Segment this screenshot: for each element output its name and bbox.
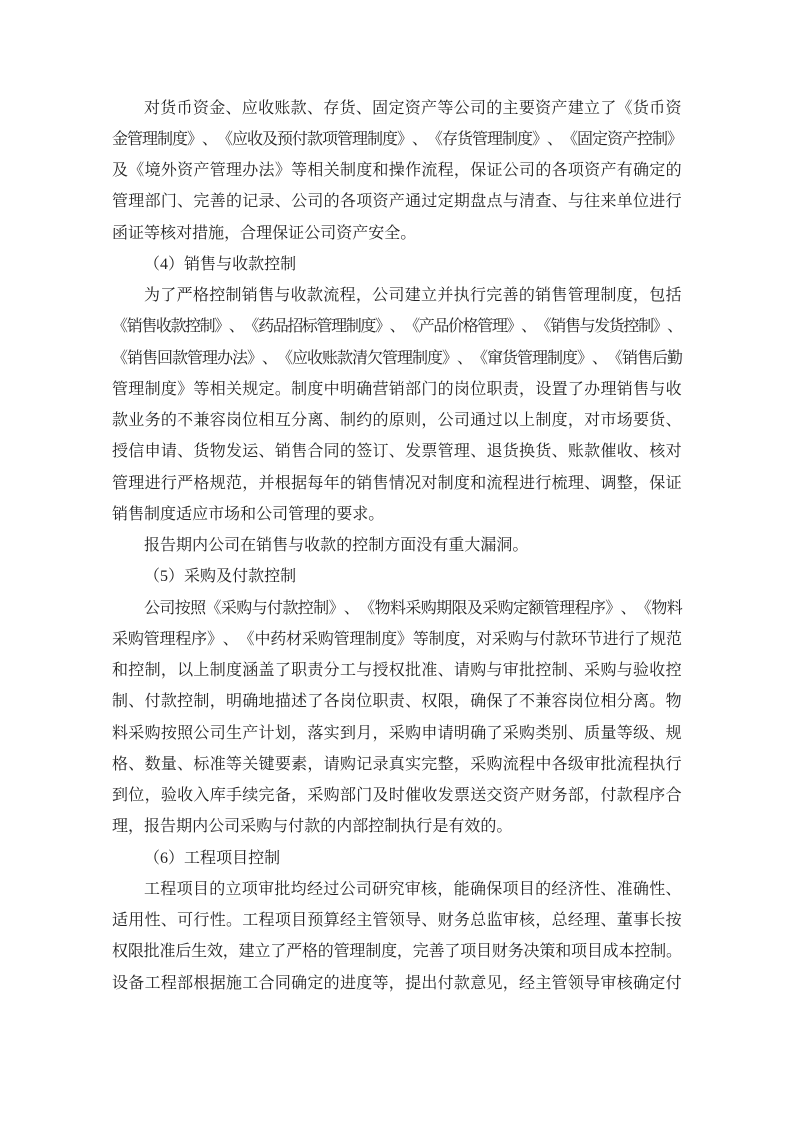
glyph: 相 bbox=[210, 382, 226, 398]
glyph: 项 bbox=[356, 194, 372, 210]
glyph: 、 bbox=[275, 194, 291, 210]
text-line: 适用性、可行性。工程项目预算经主管领导、财务总监审核，总经理、董事长按 bbox=[112, 906, 682, 937]
glyph: 、 bbox=[547, 132, 562, 148]
glyph: 《 bbox=[536, 319, 551, 335]
glyph: 司 bbox=[224, 819, 240, 835]
glyph: 售 bbox=[200, 257, 216, 273]
glyph: 相 bbox=[600, 694, 616, 710]
glyph: 购 bbox=[519, 726, 535, 742]
glyph: 与 bbox=[617, 663, 633, 679]
glyph: 行 bbox=[470, 288, 486, 304]
glyph: 格 bbox=[193, 476, 209, 492]
glyph: 公 bbox=[340, 882, 356, 898]
glyph: 资 bbox=[193, 101, 209, 117]
glyph: 按 bbox=[161, 726, 177, 742]
glyph: 《 bbox=[112, 351, 127, 367]
glyph: 》 bbox=[187, 132, 202, 148]
glyph: 为 bbox=[144, 288, 160, 304]
glyph: 位 bbox=[584, 694, 600, 710]
glyph: 部 bbox=[405, 382, 421, 398]
glyph: 括 bbox=[666, 288, 682, 304]
glyph: 量 bbox=[161, 757, 177, 773]
glyph: 备 bbox=[275, 788, 291, 804]
glyph: 》 bbox=[375, 319, 390, 335]
glyph: 了 bbox=[634, 632, 650, 648]
glyph: 度 bbox=[552, 413, 568, 429]
glyph: 和 bbox=[555, 944, 571, 960]
glyph: 产 bbox=[242, 726, 258, 742]
glyph: 完 bbox=[486, 288, 502, 304]
glyph: 理 bbox=[397, 351, 412, 367]
glyph: 经 bbox=[307, 882, 323, 898]
glyph: 管 bbox=[568, 288, 584, 304]
glyph: 度 bbox=[356, 976, 372, 992]
glyph: 公 bbox=[372, 288, 388, 304]
glyph: 手 bbox=[226, 788, 242, 804]
glyph: 程 bbox=[175, 632, 191, 648]
document-text-block: 对货币资金、应收账款、存货、固定资产等公司的主要资产建立了《货币资金管理制度》、… bbox=[112, 93, 682, 999]
glyph: 控 bbox=[637, 132, 652, 148]
glyph: 》 bbox=[442, 351, 457, 367]
glyph: 确 bbox=[291, 976, 307, 992]
glyph: 《 bbox=[277, 351, 292, 367]
glyph: 。 bbox=[400, 226, 416, 242]
glyph: ， bbox=[454, 163, 470, 179]
glyph: 销 bbox=[127, 351, 142, 367]
glyph: 管 bbox=[438, 444, 454, 460]
glyph: 漏 bbox=[480, 538, 496, 554]
glyph: 规 bbox=[650, 632, 666, 648]
glyph: 授 bbox=[112, 444, 128, 460]
glyph: 了 bbox=[275, 663, 291, 679]
glyph: 信 bbox=[128, 444, 144, 460]
glyph: 导 bbox=[584, 976, 600, 992]
glyph: 发 bbox=[594, 319, 609, 335]
glyph: 立 bbox=[254, 944, 270, 960]
glyph: 总 bbox=[552, 913, 568, 929]
glyph: 货 bbox=[503, 444, 519, 460]
glyph: 制 bbox=[600, 288, 616, 304]
glyph: 、 bbox=[262, 351, 277, 367]
glyph: 保 bbox=[486, 694, 502, 710]
glyph: 付 bbox=[232, 569, 248, 585]
glyph: 产 bbox=[352, 226, 368, 242]
glyph: 款 bbox=[555, 632, 571, 648]
glyph: 与 bbox=[272, 819, 288, 835]
glyph: 制 bbox=[313, 601, 328, 617]
glyph: 记 bbox=[356, 757, 372, 773]
glyph: 营 bbox=[373, 382, 389, 398]
glyph: 对 bbox=[666, 444, 682, 460]
glyph: 施 bbox=[226, 976, 242, 992]
glyph: 续 bbox=[242, 788, 258, 804]
glyph: 法 bbox=[232, 351, 247, 367]
glyph: 证 bbox=[128, 226, 144, 242]
glyph: 及 bbox=[467, 601, 482, 617]
glyph: 质 bbox=[584, 726, 600, 742]
glyph: 操 bbox=[389, 163, 405, 179]
glyph: 行 bbox=[193, 913, 209, 929]
glyph: 《 bbox=[472, 351, 487, 367]
glyph: 境 bbox=[145, 163, 161, 179]
glyph: 总 bbox=[470, 913, 486, 929]
glyph: 责 bbox=[389, 694, 405, 710]
glyph: 采 bbox=[482, 601, 497, 617]
glyph: ， bbox=[224, 226, 240, 242]
glyph: 款 bbox=[617, 788, 633, 804]
glyph: 设 bbox=[535, 382, 551, 398]
glyph: 《 bbox=[359, 601, 374, 617]
glyph: 采 bbox=[492, 632, 508, 648]
glyph: 计 bbox=[259, 726, 275, 742]
glyph: 。 bbox=[496, 819, 512, 835]
glyph: 度 bbox=[381, 944, 397, 960]
glyph: 了 bbox=[503, 694, 519, 710]
glyph: 主 bbox=[356, 913, 372, 929]
glyph: 的 bbox=[340, 444, 356, 460]
glyph: 成 bbox=[603, 944, 619, 960]
glyph: 重 bbox=[448, 538, 464, 554]
glyph: 款 bbox=[320, 538, 336, 554]
glyph: 能 bbox=[454, 882, 470, 898]
glyph: 部 bbox=[145, 194, 161, 210]
glyph: 确 bbox=[242, 694, 258, 710]
glyph: 、 bbox=[649, 726, 665, 742]
glyph: 款 bbox=[307, 132, 322, 148]
glyph: 、 bbox=[229, 319, 244, 335]
glyph: 款 bbox=[307, 288, 323, 304]
glyph: 调 bbox=[600, 476, 616, 492]
glyph: 收 bbox=[617, 444, 633, 460]
glyph: 、 bbox=[161, 913, 177, 929]
glyph: ， bbox=[535, 913, 551, 929]
glyph: 、 bbox=[356, 101, 372, 117]
glyph: 进 bbox=[603, 632, 619, 648]
glyph: 济 bbox=[568, 882, 584, 898]
glyph: 清 bbox=[352, 351, 367, 367]
glyph: 付 bbox=[666, 976, 682, 992]
glyph: 合 bbox=[307, 444, 323, 460]
glyph: ， bbox=[421, 413, 437, 429]
glyph: 程 bbox=[633, 757, 649, 773]
paragraph: 报告期内公司在销售与收款的控制方面没有重大漏洞。 bbox=[112, 531, 682, 562]
glyph: 年 bbox=[324, 476, 340, 492]
glyph: 购 bbox=[600, 663, 616, 679]
glyph: 销 bbox=[275, 444, 291, 460]
glyph: 》 bbox=[275, 163, 291, 179]
glyph: 、 bbox=[600, 913, 616, 929]
glyph: 账 bbox=[322, 351, 337, 367]
glyph: 确 bbox=[633, 163, 649, 179]
glyph: ， bbox=[633, 476, 649, 492]
glyph: ， bbox=[161, 663, 177, 679]
glyph: 定 bbox=[513, 601, 528, 617]
glyph: 规 bbox=[210, 476, 226, 492]
glyph: 后 bbox=[175, 944, 191, 960]
glyph: 定 bbox=[649, 163, 665, 179]
glyph: 施 bbox=[208, 226, 224, 242]
glyph: 要 bbox=[275, 757, 291, 773]
text-line: 金管理制度》、《应收及预付款项管理制度》、《存货管理制度》、《固定资产控制》 bbox=[112, 124, 682, 155]
glyph: 同 bbox=[324, 444, 340, 460]
glyph: 立 bbox=[421, 288, 437, 304]
glyph: 岗 bbox=[454, 382, 470, 398]
glyph: 公 bbox=[256, 507, 272, 523]
glyph: 关 bbox=[324, 163, 340, 179]
glyph: 等 bbox=[193, 382, 209, 398]
glyph: 控 bbox=[264, 569, 280, 585]
glyph: 。 bbox=[666, 944, 682, 960]
glyph: 领 bbox=[389, 913, 405, 929]
glyph: 等 bbox=[437, 101, 453, 117]
glyph: 分 bbox=[617, 694, 633, 710]
glyph: 产 bbox=[600, 163, 616, 179]
glyph: 录 bbox=[373, 757, 389, 773]
glyph: 度 bbox=[427, 351, 442, 367]
glyph: 与 bbox=[568, 194, 584, 210]
glyph: 出 bbox=[421, 976, 437, 992]
glyph: 购 bbox=[236, 601, 251, 617]
glyph: 及 bbox=[373, 788, 389, 804]
glyph: ， bbox=[454, 757, 470, 773]
glyph: 售 bbox=[142, 351, 157, 367]
glyph: 货 bbox=[649, 413, 665, 429]
glyph: （ bbox=[144, 569, 160, 585]
glyph: 期 bbox=[176, 538, 192, 554]
glyph: 批 bbox=[144, 944, 160, 960]
glyph: 查 bbox=[535, 194, 551, 210]
glyph: 《 bbox=[617, 101, 633, 117]
glyph: 工 bbox=[242, 976, 258, 992]
glyph: 公 bbox=[208, 538, 224, 554]
glyph: 程 bbox=[519, 757, 535, 773]
glyph: 收 bbox=[232, 257, 248, 273]
glyph: 应 bbox=[292, 351, 307, 367]
glyph: 事 bbox=[633, 913, 649, 929]
glyph: 定 bbox=[438, 194, 454, 210]
glyph: 业 bbox=[128, 413, 144, 429]
glyph: 、 bbox=[584, 476, 600, 492]
glyph: 理 bbox=[128, 476, 144, 492]
glyph: 完 bbox=[259, 788, 275, 804]
glyph: 票 bbox=[454, 788, 470, 804]
glyph: 产 bbox=[551, 101, 567, 117]
glyph: 建 bbox=[568, 101, 584, 117]
glyph: 收 bbox=[177, 788, 193, 804]
glyph: 的 bbox=[324, 194, 340, 210]
glyph: 了 bbox=[270, 944, 286, 960]
glyph: 中 bbox=[254, 632, 270, 648]
glyph: 规 bbox=[666, 726, 682, 742]
glyph: 确 bbox=[356, 382, 372, 398]
glyph: 岗 bbox=[568, 694, 584, 710]
glyph: 的 bbox=[320, 507, 336, 523]
glyph: 购 bbox=[486, 757, 502, 773]
glyph: 固 bbox=[372, 101, 388, 117]
glyph: 管 bbox=[127, 132, 142, 148]
glyph: 勤 bbox=[667, 351, 682, 367]
glyph: 换 bbox=[519, 444, 535, 460]
glyph: 销 bbox=[389, 382, 405, 398]
glyph: 门 bbox=[421, 382, 437, 398]
glyph: 项 bbox=[177, 882, 193, 898]
glyph: 的 bbox=[324, 976, 340, 992]
glyph: 的 bbox=[209, 882, 225, 898]
glyph: 资 bbox=[177, 163, 193, 179]
glyph: 流 bbox=[503, 757, 519, 773]
glyph: 保 bbox=[649, 476, 665, 492]
glyph: 及 bbox=[216, 569, 232, 585]
glyph: 审 bbox=[258, 882, 274, 898]
glyph: 度 bbox=[381, 632, 397, 648]
glyph: 策 bbox=[539, 944, 555, 960]
glyph: 销 bbox=[184, 257, 200, 273]
glyph: ， bbox=[356, 288, 372, 304]
glyph: 的 bbox=[486, 101, 502, 117]
glyph: 控 bbox=[128, 663, 144, 679]
glyph: 收 bbox=[421, 788, 437, 804]
glyph: 验 bbox=[161, 788, 177, 804]
glyph: 时 bbox=[389, 788, 405, 804]
glyph: 外 bbox=[161, 163, 177, 179]
glyph: 理 bbox=[584, 288, 600, 304]
glyph: 购 bbox=[200, 569, 216, 585]
glyph: 、 bbox=[225, 101, 241, 117]
glyph: 应 bbox=[242, 101, 258, 117]
glyph: 控 bbox=[535, 663, 551, 679]
glyph: 内 bbox=[192, 819, 208, 835]
glyph: 制 bbox=[346, 319, 361, 335]
glyph: 的 bbox=[373, 413, 389, 429]
glyph: 、 bbox=[470, 444, 486, 460]
glyph: 有 bbox=[617, 163, 633, 179]
glyph: 整 bbox=[617, 476, 633, 492]
glyph: 4 bbox=[160, 257, 168, 273]
text-line: 管理部门、完善的记录、公司的各项资产通过定期盘点与清查、与往来单位进行 bbox=[112, 187, 682, 218]
glyph: 招 bbox=[287, 319, 302, 335]
glyph: 。 bbox=[275, 382, 291, 398]
glyph: 、 bbox=[412, 132, 427, 148]
glyph: 格 bbox=[112, 757, 128, 773]
glyph: 订 bbox=[373, 444, 389, 460]
glyph: 划 bbox=[275, 726, 291, 742]
glyph: 度 bbox=[562, 351, 577, 367]
glyph: 批 bbox=[519, 663, 535, 679]
glyph: 管 bbox=[552, 976, 568, 992]
glyph: 制 bbox=[365, 632, 381, 648]
glyph: 兼 bbox=[535, 694, 551, 710]
glyph: 办 bbox=[217, 351, 232, 367]
glyph: 同 bbox=[275, 976, 291, 992]
glyph: 购 bbox=[498, 601, 513, 617]
text-line: 管理进行严格规范，并根据每年的销售情况对制度和流程进行梳理、调整，保证 bbox=[112, 468, 682, 499]
glyph: 《 bbox=[562, 132, 577, 148]
glyph: 票 bbox=[421, 444, 437, 460]
glyph: 单 bbox=[617, 194, 633, 210]
glyph: 清 bbox=[519, 194, 535, 210]
glyph: 实 bbox=[324, 726, 340, 742]
glyph: ， bbox=[633, 288, 649, 304]
glyph: 进 bbox=[519, 476, 535, 492]
glyph: 售 bbox=[637, 351, 652, 367]
glyph: 位 bbox=[633, 194, 649, 210]
glyph: 确 bbox=[470, 726, 486, 742]
glyph: 》 bbox=[247, 351, 262, 367]
text-line: 公司按照《采购与付款控制》、《物料采购期限及采购定额管理程序》、《物料 bbox=[112, 593, 682, 624]
glyph: 销 bbox=[127, 319, 142, 335]
glyph: ） bbox=[168, 257, 184, 273]
text-line: 和控制，以上制度涵盖了职责分工与授权批准、请购与审批控制、采购与验收控 bbox=[112, 656, 682, 687]
glyph: 务 bbox=[145, 413, 161, 429]
glyph: 置 bbox=[552, 382, 568, 398]
glyph: 管 bbox=[288, 507, 304, 523]
glyph: 格 bbox=[302, 944, 318, 960]
glyph: 核 bbox=[617, 976, 633, 992]
glyph: 款 bbox=[248, 257, 264, 273]
glyph: 了 bbox=[600, 101, 616, 117]
glyph: 况 bbox=[405, 476, 421, 492]
glyph: 产 bbox=[622, 132, 637, 148]
glyph: 货 bbox=[633, 101, 649, 117]
glyph: 究 bbox=[388, 882, 404, 898]
glyph: 司 bbox=[519, 163, 535, 179]
glyph: 有 bbox=[448, 819, 464, 835]
glyph: 真 bbox=[389, 757, 405, 773]
glyph: 不 bbox=[177, 413, 193, 429]
glyph: 合 bbox=[240, 226, 256, 242]
text-line: 函证等核对措施，合理保证公司资产安全。 bbox=[112, 218, 682, 249]
glyph: 证 bbox=[666, 476, 682, 492]
glyph: 准 bbox=[421, 663, 437, 679]
glyph: 。 bbox=[226, 913, 242, 929]
glyph: ， bbox=[307, 757, 323, 773]
glyph: 经 bbox=[551, 882, 567, 898]
glyph: 责 bbox=[503, 382, 519, 398]
glyph: ， bbox=[584, 788, 600, 804]
glyph: 完 bbox=[421, 757, 437, 773]
glyph: 主 bbox=[535, 976, 551, 992]
glyph: 管 bbox=[334, 944, 350, 960]
glyph: 公 bbox=[208, 819, 224, 835]
glyph: 、 bbox=[666, 413, 682, 429]
glyph: 司 bbox=[320, 226, 336, 242]
glyph: 控 bbox=[623, 319, 638, 335]
glyph: 产 bbox=[421, 101, 437, 117]
glyph: 货 bbox=[535, 444, 551, 460]
glyph: 购 bbox=[145, 726, 161, 742]
glyph: 进 bbox=[649, 194, 665, 210]
glyph: 购 bbox=[421, 601, 436, 617]
glyph: 目 bbox=[587, 944, 603, 960]
glyph: 付 bbox=[438, 976, 454, 992]
glyph: 、 bbox=[568, 663, 584, 679]
glyph: 告 bbox=[160, 819, 176, 835]
glyph: 、 bbox=[552, 194, 568, 210]
glyph: 库 bbox=[210, 788, 226, 804]
glyph: 涵 bbox=[242, 663, 258, 679]
glyph: 工 bbox=[340, 663, 356, 679]
glyph: 标 bbox=[193, 757, 209, 773]
glyph: 《 bbox=[243, 319, 258, 335]
glyph: 管 bbox=[187, 351, 202, 367]
glyph: 币 bbox=[649, 101, 665, 117]
glyph: 管 bbox=[472, 132, 487, 148]
glyph: 后 bbox=[652, 351, 667, 367]
glyph: 、 bbox=[568, 726, 584, 742]
glyph: 证 bbox=[486, 163, 502, 179]
glyph: 容 bbox=[210, 413, 226, 429]
glyph: 权 bbox=[112, 944, 128, 960]
